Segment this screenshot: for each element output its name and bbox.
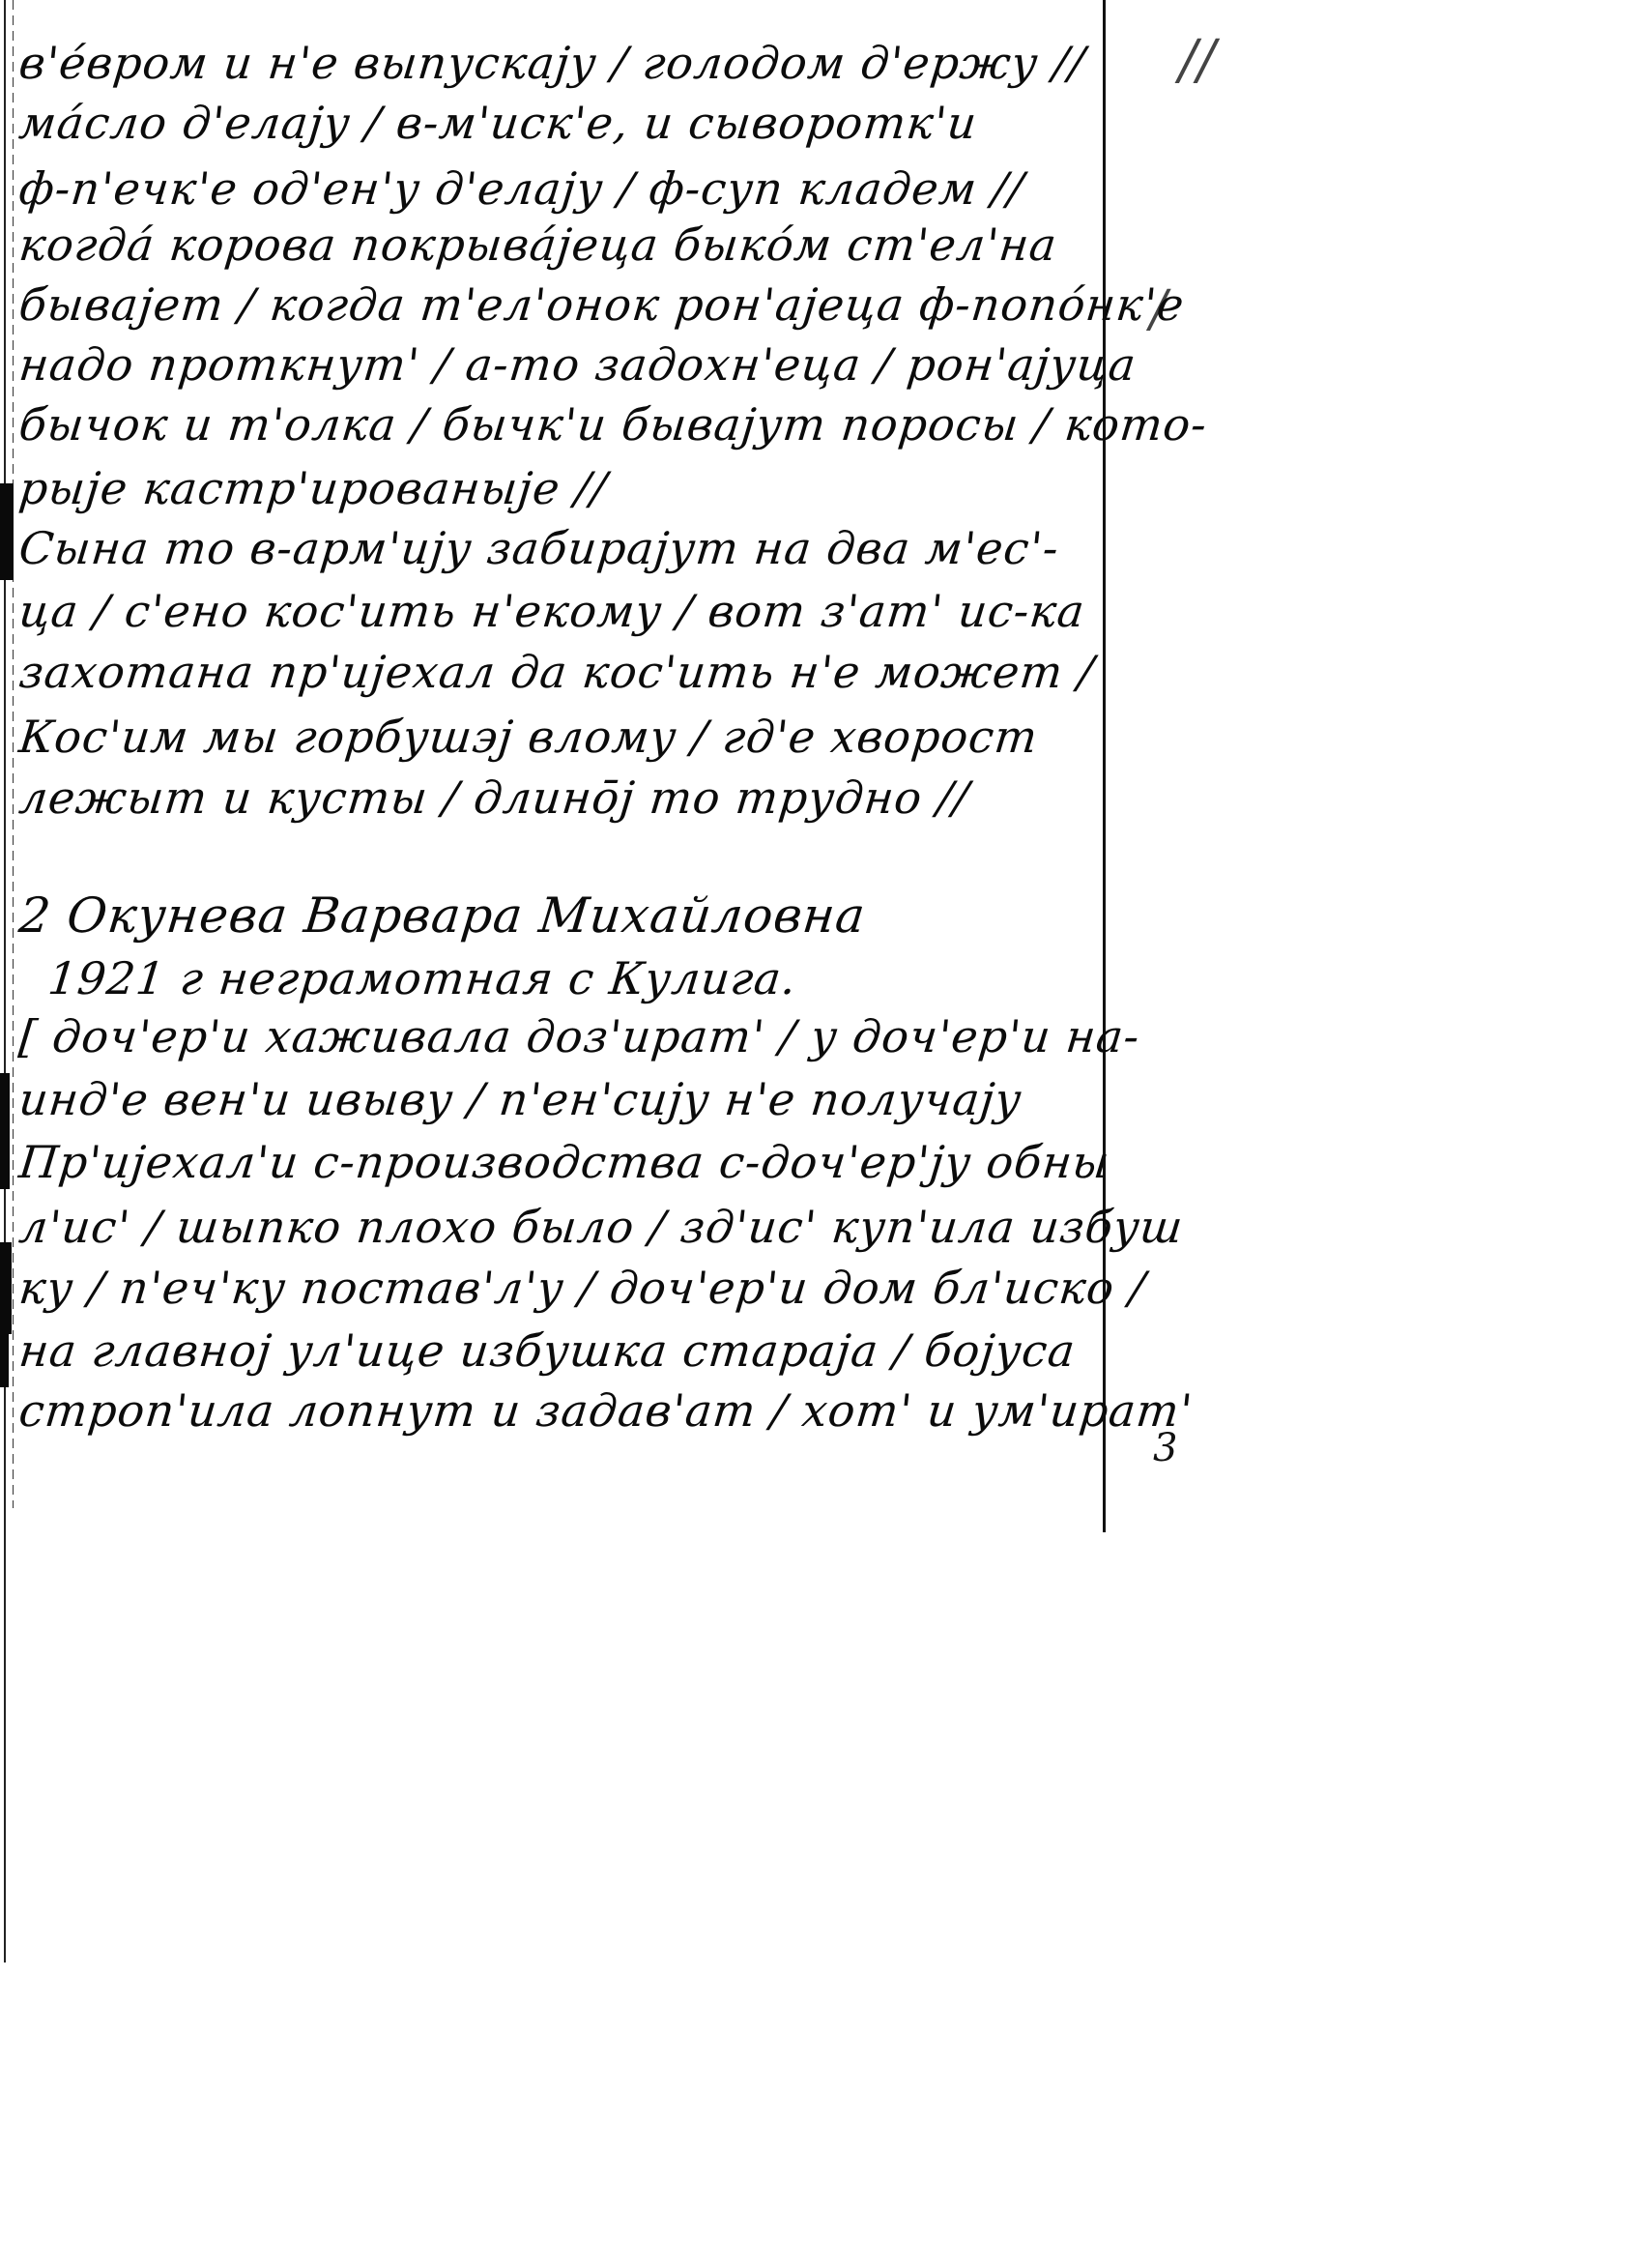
text-line: лежыт и кусты / длино̄ј то трудно // (16, 771, 972, 824)
informant-details: 1921 г неграмотная с Кулига. (45, 952, 799, 1004)
text-line: когда́ корова покрыва́јеца быко́м ст'ел'… (16, 218, 1059, 271)
text-line: инд'е вен'и ивыву / п'ен'сију н'е получа… (16, 1073, 1024, 1125)
text-line: Кос'им мы горбушэј влому / гд'е хворост (16, 711, 1041, 763)
text-line: Сына то в-арм'ију забирајут на два м'ес'… (16, 522, 1061, 574)
text-line: л'ис' / шыпко плохо было / зд'ис' куп'ил… (16, 1201, 1186, 1253)
text-line: [ доч'ер'и хаживала доз'ират' / у доч'ер… (16, 1010, 1142, 1062)
scan-edge-blot (0, 483, 14, 580)
text-line: бывајет / когда т'ел'онок рон'ајеца ф-по… (16, 278, 1187, 331)
page-number: 3 (1153, 1426, 1177, 1470)
scan-edge-blot (0, 1329, 9, 1387)
text-line: ку / п'еч'ку постав'л'у / доч'ер'и дом б… (16, 1262, 1148, 1314)
left-edge-line (4, 0, 6, 1963)
left-margin-dashed-line (13, 0, 14, 1508)
text-line: рыје кастр'ированыје // (16, 462, 610, 514)
text-line: надо проткнут' / а-то задохн'еца / рон'а… (16, 338, 1139, 391)
text-line: ца / с'ено кос'ить н'екому / вот з'ат' и… (16, 585, 1087, 637)
text-line: в'е́вром и н'е выпускају / голодом д'ерж… (16, 37, 1088, 89)
margin-mark: // (1179, 29, 1216, 92)
text-line: на главној ул'ице избушка старaја / боју… (16, 1324, 1078, 1377)
text-line: бычок и т'олка / бычк'и бывајут поросы /… (16, 398, 1210, 451)
informant-name-heading: 2 Окунева Варвара Михайловна (16, 887, 869, 944)
text-line: Пр'ијехал'и с-производства с-доч'ер'ју о… (16, 1136, 1112, 1188)
scan-edge-blot (0, 1073, 10, 1189)
text-line: строп'ила лопнут и задав'ат / хот' и ум'… (16, 1384, 1196, 1437)
scan-edge-blot (0, 1242, 12, 1334)
text-line: ф-п'ечк'е од'ен'у д'елају / ф-суп кладем… (16, 162, 1026, 215)
text-line: захотана пр'ијехал да кос'ить н'е может … (16, 646, 1097, 698)
text-line: ма́сло д'елају / в-м'иск'е, и сыворотк'и (16, 97, 980, 149)
document-page: // / в'е́вром и н'е выпускају / голодом … (0, 0, 1643, 2268)
